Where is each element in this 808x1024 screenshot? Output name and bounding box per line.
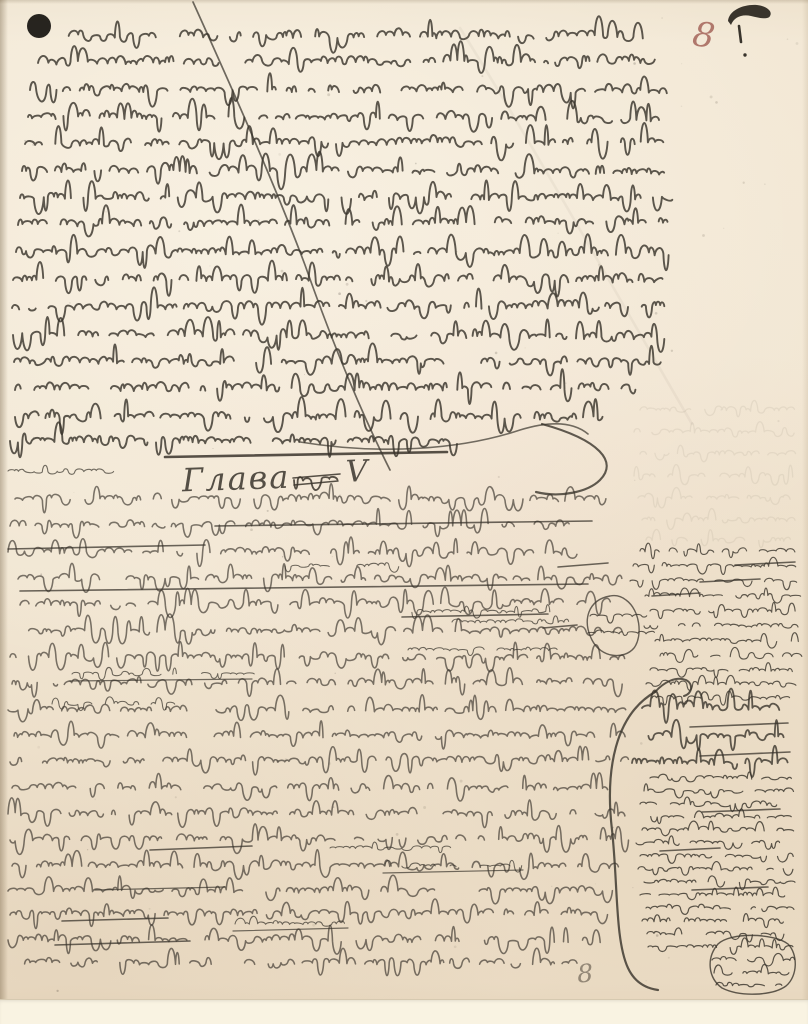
ink-blot-shape — [728, 5, 771, 25]
ink-blot-drip — [743, 53, 746, 56]
manuscript-scan-canvas: 8 Глава V 8 — [0, 0, 808, 1024]
page-number-top: 8 — [690, 14, 718, 57]
handwriting-layer — [8, 2, 804, 994]
chapter-heading: Глава V — [180, 454, 371, 500]
manuscript-page: 8 Глава V 8 — [0, 0, 808, 1024]
chapter-heading-word: Глава — [180, 458, 291, 500]
ink-blot — [728, 5, 771, 57]
chapter-heading-numeral: V — [345, 454, 371, 490]
ink-blot-tick — [739, 26, 741, 42]
punch-hole-dot — [27, 14, 51, 38]
page-number-bottom: 8 — [576, 958, 594, 988]
